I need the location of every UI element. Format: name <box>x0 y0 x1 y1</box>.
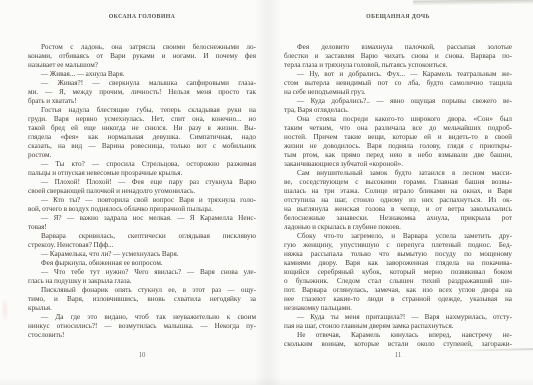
text-line: ростом. <box>28 151 256 160</box>
text-line: жизни не доводилось. Варя подняла голову… <box>284 142 512 151</box>
text-line: Варвара скривилась, скептически оглядыва… <box>28 232 256 241</box>
text-line: Писклявый фонарик опять стукнул ее, в эт… <box>28 286 256 295</box>
book-spread: ОКСАНА ГОЛОВИНА Ростом с ладонь, она зат… <box>0 0 533 385</box>
text-line: ладонью и скрылась в глубине покоев. <box>284 223 512 232</box>
text-line: пальцы и отпуская невесомые прозрачные к… <box>28 169 256 178</box>
spine-shadow <box>254 0 282 385</box>
text-line: — Я? — важно задрала нос мелкая. — Я Кар… <box>28 214 256 223</box>
text-line: товая! <box>28 223 256 232</box>
text-line: называет ее малышом? <box>28 61 256 70</box>
text-line: о булыжник. Следом стал слышен тихий раз… <box>284 277 512 286</box>
page-number-left: 10 <box>28 352 256 359</box>
text-line: крылья. <box>28 304 256 313</box>
text-line: ми. — Я, между прочим, личность! Нельзя … <box>28 88 256 97</box>
text-line: пот. Варвара оглянулась, замечая, как из… <box>284 286 512 295</box>
text-line: няжка рассыпала только что вымытую посуд… <box>284 250 512 259</box>
text-line: нинкус относились?! — возмутилась малышк… <box>28 322 256 331</box>
page-number-right: 11 <box>284 352 512 359</box>
text-line: конами, отбиваясь от Вари руками и ногам… <box>28 52 256 61</box>
text-line: сказать, на вид — Варина ровесница, толь… <box>28 142 256 151</box>
text-line: терла глаза и тряхнула головой, пытаясь … <box>284 61 512 70</box>
text-line: стом вытерла невидимый пот со лба, будто… <box>284 79 512 88</box>
text-line: Гостья надула блестящие губы, теперь скл… <box>28 106 256 115</box>
text-line: тым ртом, как прямо перед нею в небо взм… <box>284 151 512 160</box>
text-line: на себе неподъемный груз. <box>284 88 512 97</box>
left-page-text-block: Ростом с ладонь, она затрясла своими бел… <box>28 43 256 340</box>
text-line: — Живая?! — сверкнула малышка сапфировым… <box>28 79 256 88</box>
text-line: вой, отчего в воздух поднялось облачко п… <box>28 205 256 214</box>
text-line: таким четким, что она различала все до м… <box>284 124 512 133</box>
text-line: — Кто ты? — повторила свой вопрос Варя и… <box>28 196 256 205</box>
text-line: блестки и заставляя Варю чихать снова и … <box>284 52 512 61</box>
text-line: ностей. Причем такие вещи, которые ей и … <box>284 133 512 142</box>
running-head-title: ОБЕЩАННАЯ ДОЧЬ <box>284 14 512 20</box>
right-page: ОБЕЩАННАЯ ДОЧЬ Фея деловито взмахнула па… <box>284 0 512 385</box>
text-line: — Ты кто? — спросила Стрельцова, осторож… <box>28 160 256 169</box>
text-line: скольким воинам, которые встали около ст… <box>284 340 512 349</box>
text-line: глядела «фея» как нормальная девушка. Си… <box>28 133 256 142</box>
text-line: — Что тебе тут нужно? Чего явилась? — Ва… <box>28 268 256 277</box>
text-line: ве, соседствующем с высокими горами. Гла… <box>284 178 512 187</box>
left-margin-smudge <box>2 300 8 320</box>
text-line: — Плохой! Плохой! — Фея еще пару раз сту… <box>28 178 256 187</box>
right-page-text-block: Фея деловито взмахнула палочкой, рассыпа… <box>284 43 512 349</box>
text-line: Ростом с ладонь, она затрясла своими бел… <box>28 43 256 52</box>
text-line: — Ну, вот и добрались. Фух... — Карамель… <box>284 70 512 79</box>
left-page: ОКСАНА ГОЛОВИНА Ростом с ладонь, она зат… <box>28 0 256 385</box>
text-line: Она стояла посреди какого-то широкого дв… <box>284 115 512 124</box>
text-line: такой бред ей еще никогда не снился. Ни … <box>28 124 256 133</box>
text-line: камнями двору. Варя как завороженная гля… <box>284 259 512 268</box>
text-line: пая на шаг, стоило главным дверям замка … <box>284 322 512 331</box>
text-line: глась на подушку и закрыла глаза. <box>28 277 256 286</box>
text-line: груди. Варя нервно усмехнулась. Нет, спи… <box>28 115 256 124</box>
text-line: тра, Варя огляделась. <box>284 106 512 115</box>
text-line: стословить! <box>28 331 256 340</box>
text-line: — Куда добрались?.. — явно ощущая порывы… <box>284 97 512 106</box>
text-line: Сам внушительный замок будто затаился в … <box>284 169 512 178</box>
text-line: — Куда ты меня притащила?! — Варя нахмур… <box>284 313 512 322</box>
text-line: — Живая... — ахнула Варя. <box>28 70 256 79</box>
text-line: — Карамелька, что ли? — усмехнулась Варя… <box>28 250 256 259</box>
text-line: белоснежные занавески. Незнакомка ахнула… <box>284 214 512 223</box>
text-line: заканчивающиеся зубчатой «короной». <box>284 160 512 169</box>
text-line: Сбоку что-то загремело, и Варвара успела… <box>284 232 512 241</box>
text-line: незнакомку пальцами. <box>284 304 512 313</box>
text-line: шалась на три этажа. Солнце играло блика… <box>284 187 512 196</box>
text-line: Не отвечая, Карамель кинулась вперед, на… <box>284 331 512 340</box>
text-line: гую женщину, упустившую с перепуга плете… <box>284 241 512 250</box>
text-line: отступила на шаг, стоило одному из них р… <box>284 196 512 205</box>
text-line: Фея фыркнула, обиженная ее вопросом. <box>28 259 256 268</box>
running-head-author: ОКСАНА ГОЛОВИНА <box>28 14 256 20</box>
text-line: своей сверкающей палочкой и ненадолго уг… <box>28 187 256 196</box>
text-line: тимо, и Варя, изловчившись, вновь схвати… <box>28 295 256 304</box>
text-line: брать и хватать! <box>28 97 256 106</box>
text-line: на выглянула женская голова в чепце, и о… <box>284 205 512 214</box>
text-line: Фея деловито взмахнула палочкой, рассыпа… <box>284 43 512 52</box>
text-line: — Да где это видано, чтоб так неуважител… <box>28 313 256 322</box>
text-line: нее глазеют какие-то люди в странной оде… <box>284 295 512 304</box>
text-line: стрекозу. Неистовая? Пфф... <box>28 241 256 250</box>
text-line: ющийся серебряный кубок, который мерно п… <box>284 268 512 277</box>
